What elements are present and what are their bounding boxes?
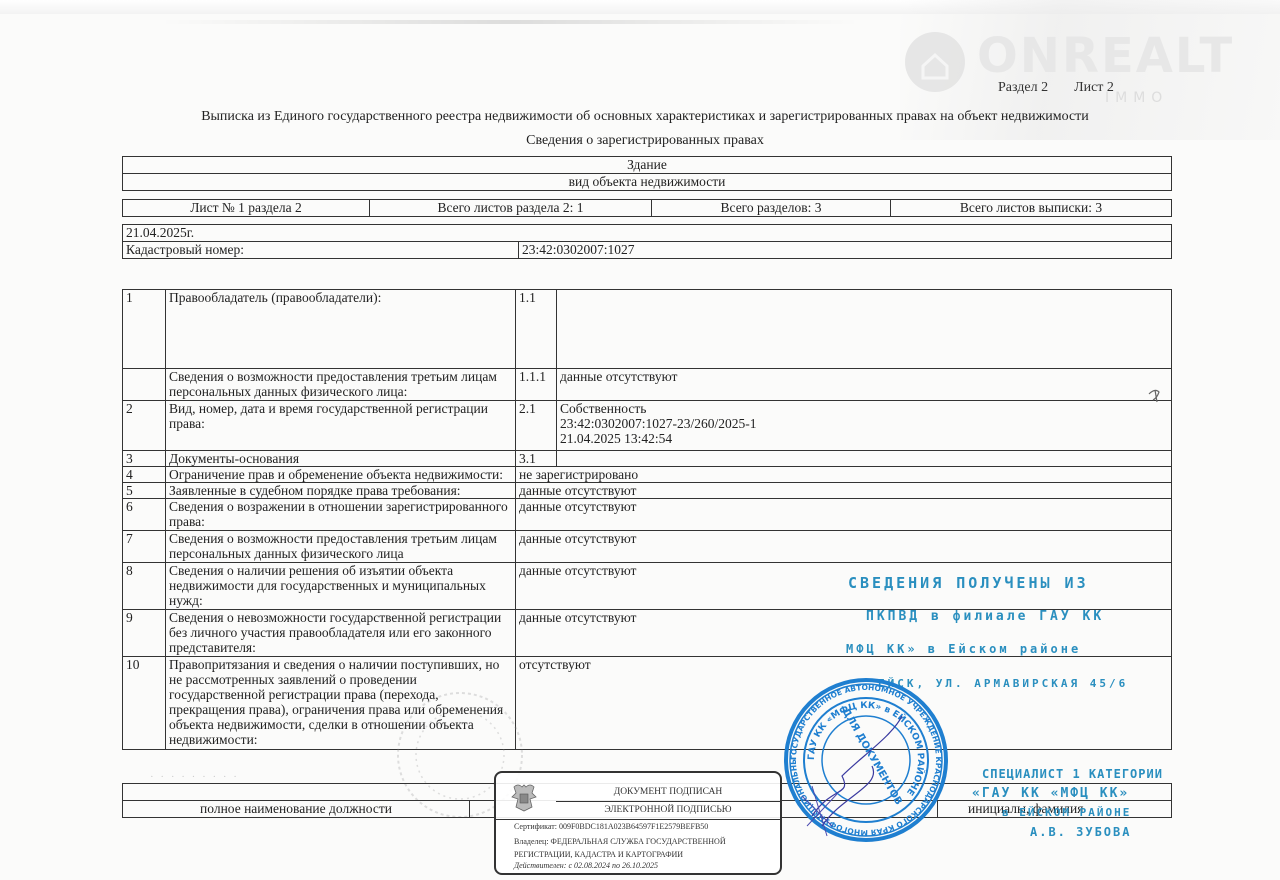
- row-number: 10: [123, 657, 166, 750]
- table-row: 6 Сведения о возражении в отношении заре…: [123, 499, 1172, 531]
- row-number: 5: [123, 483, 166, 499]
- object-type-caption: вид объекта недвижимости: [123, 174, 1172, 191]
- document-subtitle: Сведения о зарегистрированных правах: [0, 133, 1280, 149]
- coat-of-arms-icon: [510, 781, 538, 813]
- row-value: не зарегистрировано: [516, 467, 1172, 483]
- row-value: данные отсутствуют: [516, 499, 1172, 531]
- table-row: 4 Ограничение прав и обременение объекта…: [123, 467, 1172, 483]
- row-number: 1: [123, 290, 166, 369]
- row-number: 4: [123, 467, 166, 483]
- official-seal-icon: ГОСУДАРСТВЕННОЕ АВТОНОМНОЕ УЧРЕЖДЕНИЕ КР…: [782, 676, 950, 844]
- registration-datetime: 21.04.2025 13:42:54: [560, 431, 1168, 446]
- scan-shadow: [160, 20, 860, 24]
- row-label: Ограничение прав и обременение объекта н…: [166, 467, 516, 483]
- row-label: Документы-основания: [166, 451, 516, 467]
- mfc-stamp-line2: ПКПВД в филиале ГАУ КК: [866, 609, 1104, 624]
- row-number: 2: [123, 401, 166, 451]
- esign-validity: Действителен: с 02.08.2024 по 26.10.2025: [514, 861, 658, 870]
- registration-value: Собственность 23:42:0302007:1027-23/260/…: [557, 401, 1172, 451]
- row-label: Сведения о возможности предоставления тр…: [166, 531, 516, 563]
- cadastral-label: Кадастровый номер:: [123, 242, 519, 259]
- section-number: Раздел 2: [998, 80, 1048, 95]
- row-number: [123, 369, 166, 401]
- esign-subtitle: ЭЛЕКТРОННОЙ ПОДПИСЬЮ: [556, 805, 780, 815]
- total-section-sheets: Всего листов раздела 2: 1: [370, 200, 652, 217]
- document-title: Выписка из Единого государственного реес…: [0, 109, 1280, 125]
- row-subnumber: 2.1: [516, 401, 557, 451]
- specialist-stamp-line3: в ЕЙСКОМ РАЙОНЕ: [1002, 806, 1131, 819]
- cadastral-value: 23:42:0302007:1027: [519, 242, 1172, 259]
- row-number: 8: [123, 563, 166, 610]
- mfc-stamp-line3: МФЦ КК» в Ейском районе: [846, 642, 1081, 656]
- row-label: Заявленные в судебном порядке права треб…: [166, 483, 516, 499]
- row-label: Правообладатель (правообладатели):: [166, 290, 516, 369]
- sheet-of-section: Лист № 1 раздела 2: [123, 200, 370, 217]
- row-value: данные отсутствуют: [557, 369, 1172, 401]
- right-type: Собственность: [560, 401, 1168, 416]
- row-value: данные отсутствуют: [516, 531, 1172, 563]
- pen-mark-icon: [1145, 386, 1165, 406]
- table-row: 1 Правообладатель (правообладатели): 1.1: [123, 290, 1172, 369]
- table-row: 3 Документы-основания 3.1: [123, 451, 1172, 467]
- svg-text:ДЛЯ ДОКУМЕНТОВ: ДЛЯ ДОКУМЕНТОВ: [839, 706, 903, 807]
- total-sections: Всего разделов: 3: [652, 200, 891, 217]
- extract-date: 21.04.2025г.: [123, 225, 1172, 242]
- specialist-stamp-line1: СПЕЦИАЛИСТ 1 КАТЕГОРИИ: [982, 767, 1163, 781]
- row-label: Сведения о невозможности государственной…: [166, 610, 516, 657]
- row-number: 9: [123, 610, 166, 657]
- row-subnumber: 3.1: [516, 451, 557, 467]
- sheet-info-table: Лист № 1 раздела 2 Всего листов раздела …: [122, 199, 1172, 217]
- table-row: 5 Заявленные в судебном порядке права тр…: [123, 483, 1172, 499]
- esign-owner-line1: Владелец: ФЕДЕРАЛЬНАЯ СЛУЖБА ГОСУДАРСТВЕ…: [514, 837, 726, 846]
- position-caption: полное наименование должности: [123, 801, 470, 818]
- object-type-table: Здание вид объекта недвижимости: [122, 156, 1172, 191]
- row-subnumber: 1.1.1: [516, 369, 557, 401]
- esign-owner-line2: РЕГИСТРАЦИИ, КАДАСТРА И КАРТОГРАФИИ: [514, 850, 683, 859]
- faded-bleed-text: · · · · · · · · ·: [150, 771, 239, 783]
- row-label: Вид, номер, дата и время государственной…: [166, 401, 516, 451]
- table-row: 10 Правопритязания и сведения о наличии …: [123, 657, 1172, 750]
- section-reference: Раздел 2Лист 2: [998, 80, 1140, 96]
- row-label: Сведения о возможности предоставления тр…: [166, 369, 516, 401]
- row-label: Сведения о наличии решения об изъятии об…: [166, 563, 516, 610]
- esign-divider: [556, 801, 780, 802]
- documents-value-redacted: [557, 451, 1172, 467]
- row-number: 3: [123, 451, 166, 467]
- mfc-stamp-line1: СВЕДЕНИЯ ПОЛУЧЕНЫ ИЗ: [848, 574, 1089, 592]
- esign-divider: [496, 819, 780, 820]
- table-row: 7 Сведения о возможности предоставления …: [123, 531, 1172, 563]
- table-row: 2 Вид, номер, дата и время государственн…: [123, 401, 1172, 451]
- specialist-stamp-line2: «ГАУ КК «МФЦ КК»: [972, 786, 1129, 801]
- specialist-stamp-line4: А.В. ЗУБОВА: [1030, 825, 1131, 839]
- electronic-signature-box: ДОКУМЕНТ ПОДПИСАН ЭЛЕКТРОННОЙ ПОДПИСЬЮ С…: [494, 771, 782, 875]
- row-value: данные отсутствуют: [516, 483, 1172, 499]
- row-number: 7: [123, 531, 166, 563]
- registration-number: 23:42:0302007:1027-23/260/2025-1: [560, 416, 1168, 431]
- row-subnumber: 1.1: [516, 290, 557, 369]
- esign-title: ДОКУМЕНТ ПОДПИСАН: [556, 787, 780, 797]
- object-type-value: Здание: [123, 157, 1172, 174]
- esign-certificate: Сертификат: 009F0BDC181A023B64597F1E2579…: [514, 822, 708, 831]
- right-holder-value-redacted: [557, 290, 1172, 369]
- table-row: Сведения о возможности предоставления тр…: [123, 369, 1172, 401]
- cadastral-table: 21.04.2025г. Кадастровый номер: 23:42:03…: [122, 224, 1172, 259]
- row-label: Сведения о возражении в отношении зареги…: [166, 499, 516, 531]
- sheet-number: Лист 2: [1074, 80, 1114, 95]
- row-number: 6: [123, 499, 166, 531]
- total-extract-sheets: Всего листов выписки: 3: [891, 200, 1172, 217]
